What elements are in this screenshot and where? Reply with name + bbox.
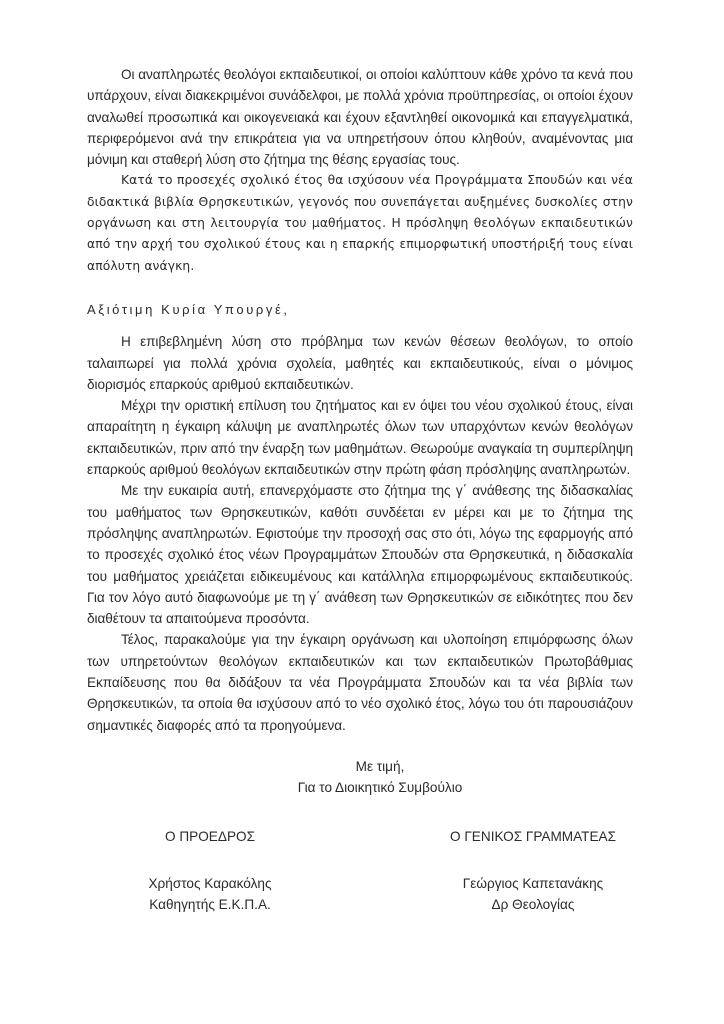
- signatory-role: Ο ΠΡΟΕΔΡΟΣ: [120, 826, 300, 847]
- signatory-president: Ο ΠΡΟΕΔΡΟΣ Χρήστος Καρακόλης Καθηγητής Ε…: [120, 826, 300, 915]
- paragraph-body-4: Τέλος, παρακαλούμε για την έγκαιρη οργάν…: [87, 629, 633, 735]
- paragraph-body-2: Μέχρι την οριστική επίλυση του ζητήματος…: [87, 395, 633, 480]
- signatory-title: Καθηγητής Ε.Κ.Π.Α.: [120, 894, 300, 915]
- spacer: [87, 320, 633, 331]
- signatory-title: Δρ Θεολογίας: [433, 894, 633, 915]
- signatory-role: Ο ΓΕΝΙΚΟΣ ΓΡΑΜΜΑΤΕΑΣ: [433, 826, 633, 847]
- paragraph-intro-1: Οι αναπληρωτές θεολόγοι εκπαιδευτικοί, ο…: [87, 64, 633, 170]
- signatory-secretary: Ο ΓΕΝΙΚΟΣ ΓΡΑΜΜΑΤΕΑΣ Γεώργιος Καπετανάκη…: [433, 826, 633, 915]
- closing-board: Για το Διοικητικό Συμβούλιο: [107, 777, 653, 798]
- signatures: Ο ΠΡΟΕΔΡΟΣ Χρήστος Καρακόλης Καθηγητής Ε…: [87, 826, 633, 915]
- salutation: Αξιότιμη Κυρία Υπουργέ,: [87, 299, 633, 320]
- closing-block: Με τιμή, Για το Διοικητικό Συμβούλιο: [107, 756, 653, 799]
- signatory-name: Χρήστος Καρακόλης: [120, 873, 300, 894]
- paragraph-body-1: Η επιβεβλημένη λύση στο πρόβλημα των κεν…: [87, 331, 633, 395]
- closing-greeting: Με τιμή,: [107, 756, 653, 777]
- letter-page: Οι αναπληρωτές θεολόγοι εκπαιδευτικοί, ο…: [87, 64, 633, 915]
- paragraph-body-3: Με την ευκαιρία αυτή, επανερχόμαστε στο …: [87, 480, 633, 629]
- paragraph-intro-2: Κατά το προσεχές σχολικό έτος θα ισχύσου…: [87, 170, 633, 276]
- signatory-name: Γεώργιος Καπετανάκης: [433, 873, 633, 894]
